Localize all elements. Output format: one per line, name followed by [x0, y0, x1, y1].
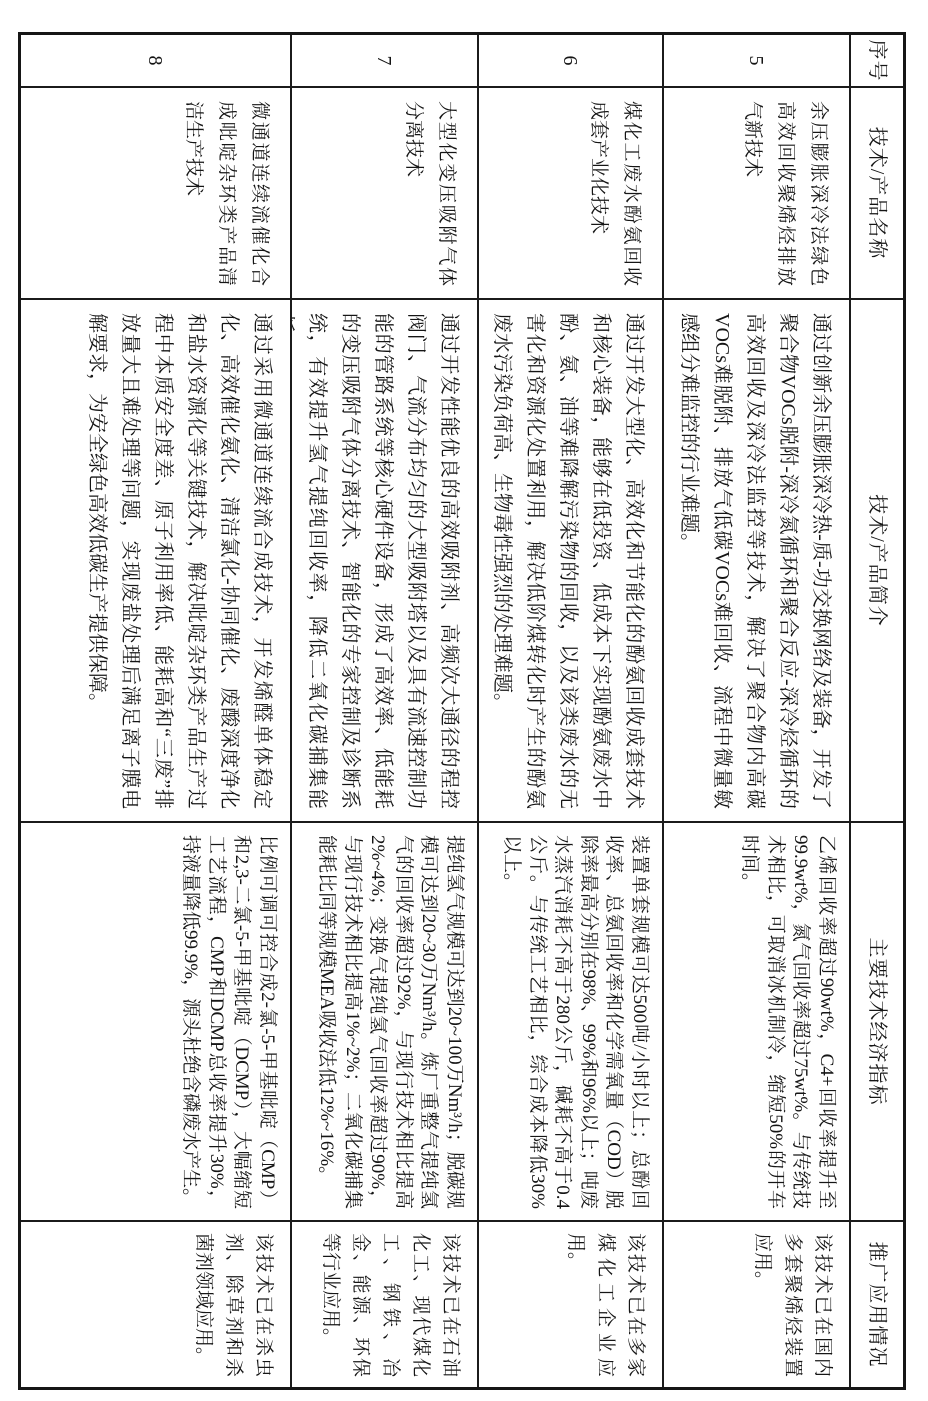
row7-application: 该技术已在石油化工、现代煤化工、钢铁、冶金、能源、环保等行业应用。 [290, 1222, 477, 1387]
column-header-serial: 序号 [849, 35, 903, 88]
row7-name: 大型化变压吸附气体分离技术 [290, 88, 477, 300]
row6-name: 煤化工废水酚氨回收成套产业化技术 [477, 88, 662, 300]
column-header-intro: 技术/产品简介 [849, 300, 903, 823]
row7-intro: 通过开发性能优良的高效吸附剂、高频次大通径的程控阀门、气流分布均匀的大型吸附塔以… [290, 300, 477, 823]
column-header-application: 推广应用情况 [849, 1222, 903, 1387]
row6-intro: 通过开发大型化、高效化和节能化的酚氨回收成套技术和核心装备，能够在低投资、低成本… [477, 300, 662, 823]
row5-indicators: 乙烯回收率超过90wt%，C4+回收率提升至99.9wt%，氮气回收率超过75w… [662, 823, 849, 1222]
row6-indicators: 装置单套规模可达500吨/小时以上；总酚回收率、总氨回收率和化学需氧量（COD）… [477, 823, 662, 1222]
row5-name: 余压膨胀深冷法绿色高效回收聚烯烃排放气新技术 [662, 88, 849, 300]
document-page: 序号 技术/产品名称 技术/产品简介 主要技术经济指标 推广应用情况 5 余压膨… [0, 0, 928, 1401]
row7-serial: 7 [290, 35, 477, 88]
column-header-indicators: 主要技术经济指标 [849, 823, 903, 1222]
technology-table: 序号 技术/产品名称 技术/产品简介 主要技术经济指标 推广应用情况 5 余压膨… [18, 32, 906, 1390]
row8-serial: 8 [21, 35, 290, 88]
row8-intro: 通过采用微通道连续流合成技术，开发烯醛单体稳定化、高效催化氨化、清洁氯化-协同催… [21, 300, 290, 823]
row8-indicators: 比例可调可控合成2-氯-5-甲基吡啶（CMP）和2,3-二氯-5-甲基吡啶（DC… [21, 823, 290, 1222]
row5-intro: 通过创新余压膨胀深冷热-质-功交换网络及装备，开发了聚合物VOCs脱附-深冷氮循… [662, 300, 849, 823]
column-header-name: 技术/产品名称 [849, 88, 903, 300]
row7-indicators: 提纯氢气规模可达到20~100万Nm³/h；脱碳规模可达到20~30万Nm³/h… [290, 823, 477, 1222]
row5-application: 该技术已在国内多套聚烯烃装置应用。 [662, 1222, 849, 1387]
rotated-table-wrapper: 序号 技术/产品名称 技术/产品简介 主要技术经济指标 推广应用情况 5 余压膨… [18, 32, 906, 1390]
row6-serial: 6 [477, 35, 662, 88]
row8-name: 微通道连续流催化合成吡啶杂环类产品清洁生产技术 [21, 88, 290, 300]
row8-application: 该技术已在杀虫剂、除草剂和杀菌剂领域应用。 [21, 1222, 290, 1387]
row5-serial: 5 [662, 35, 849, 88]
row6-application: 该技术已在多家煤化工企业应用。 [477, 1222, 662, 1387]
